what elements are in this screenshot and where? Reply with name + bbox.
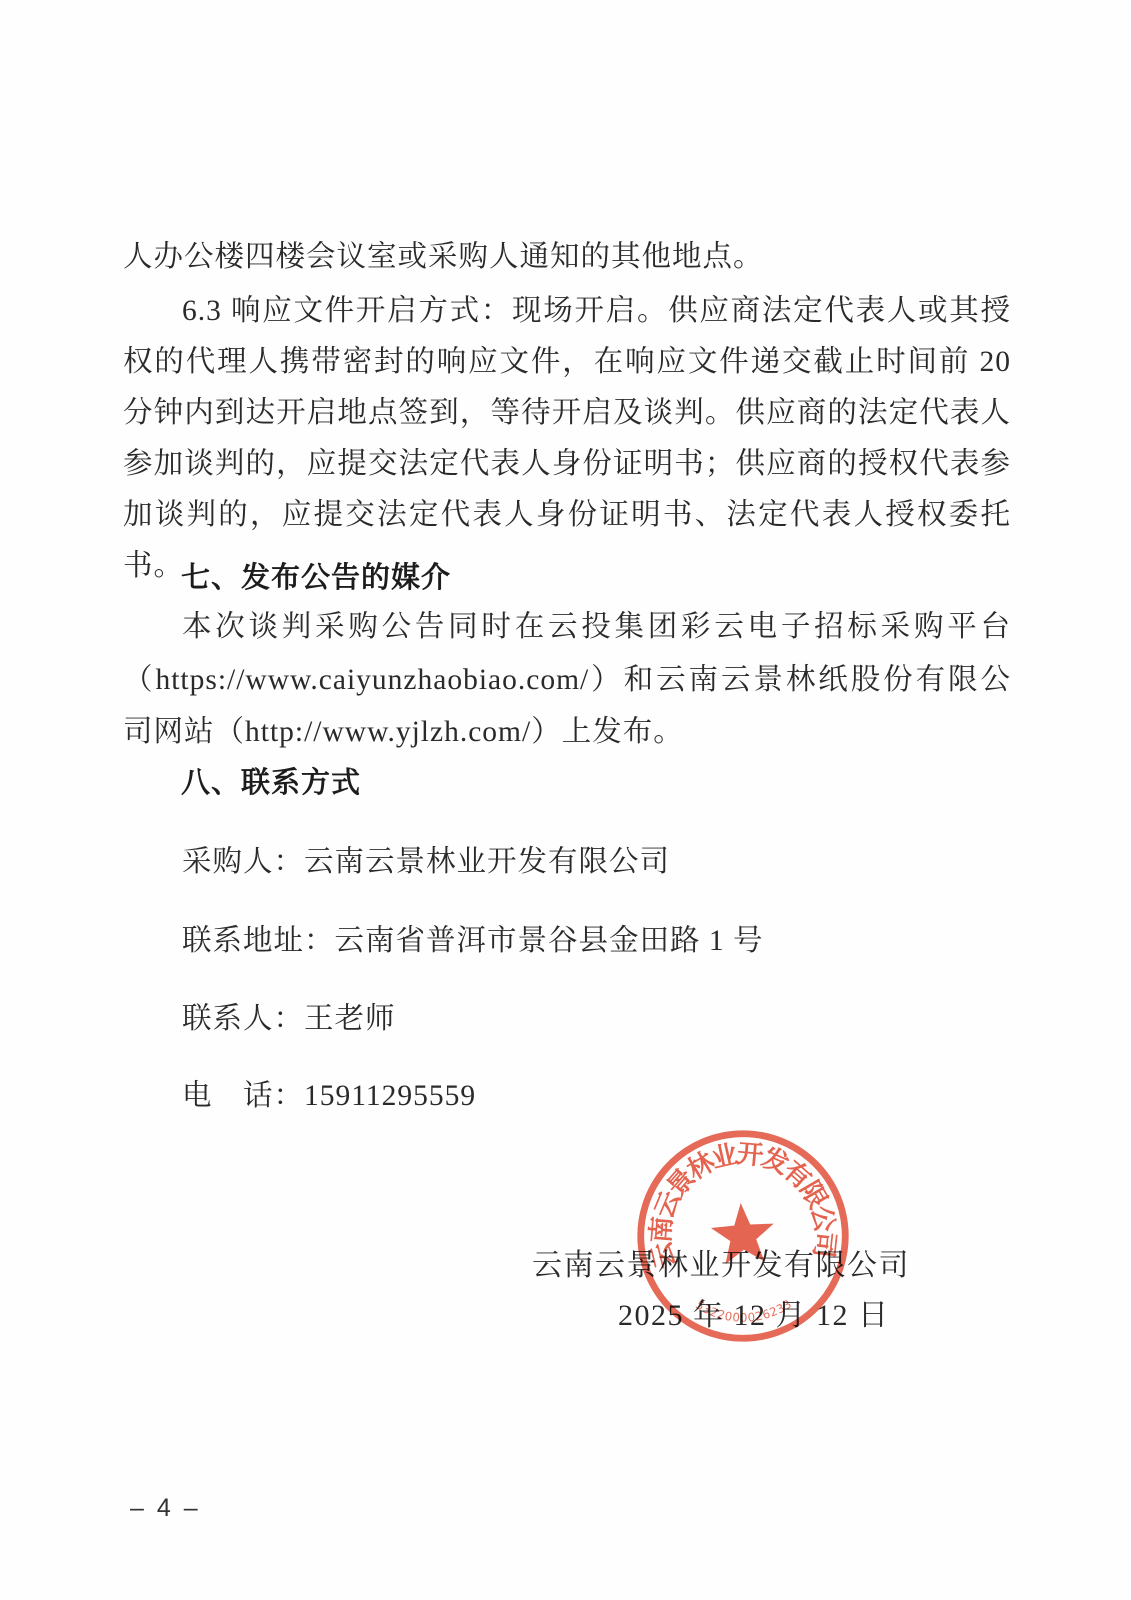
contact-address-value: 云南省普洱市景谷县金田路 1 号 [335,925,764,957]
contact-person-row: 联系人：王老师 [123,994,1011,1045]
contact-phone-value: 15911295559 [304,1080,476,1112]
contact-buyer-row: 采购人：云南云景林业开发有限公司 [123,837,1011,888]
contact-address-row: 联系地址：云南省普洱市景谷县金田路 1 号 [123,916,1011,967]
contact-buyer-label: 采购人： [182,846,304,878]
section-7-heading: 七、发布公告的媒介 [123,556,1011,600]
section-8-heading: 八、联系方式 [123,761,1011,805]
contact-address-label: 联系地址： [182,925,335,957]
section-6-3-paragraph: 6.3 响应文件开启方式：现场开启。供应商法定代表人或其授权的代理人携带密封的响… [123,286,1011,592]
continuation-paragraph: 人办公楼四楼会议室或采购人通知的其他地点。 [123,232,1011,283]
company-seal: 云南云景林业开发有限公司 5322000026233 [623,1116,862,1355]
document-page: 人办公楼四楼会议室或采购人通知的其他地点。 6.3 响应文件开启方式：现场开启。… [0,0,1131,1600]
section-7-paragraph: 本次谈判采购公告同时在云投集团彩云电子招标采购平台（https://www.ca… [123,601,1011,759]
page-number: – 4 – [130,1494,201,1523]
contact-person-label: 联系人： [182,1003,304,1035]
contact-phone-row: 电 话：15911295559 [123,1071,1011,1122]
contact-person-value: 王老师 [304,1003,396,1035]
star-icon [709,1201,776,1265]
seal-serial-number: 5322000026233 [693,1291,795,1328]
contact-buyer-value: 云南云景林业开发有限公司 [304,846,670,878]
contact-phone-label: 电 话： [182,1080,304,1112]
